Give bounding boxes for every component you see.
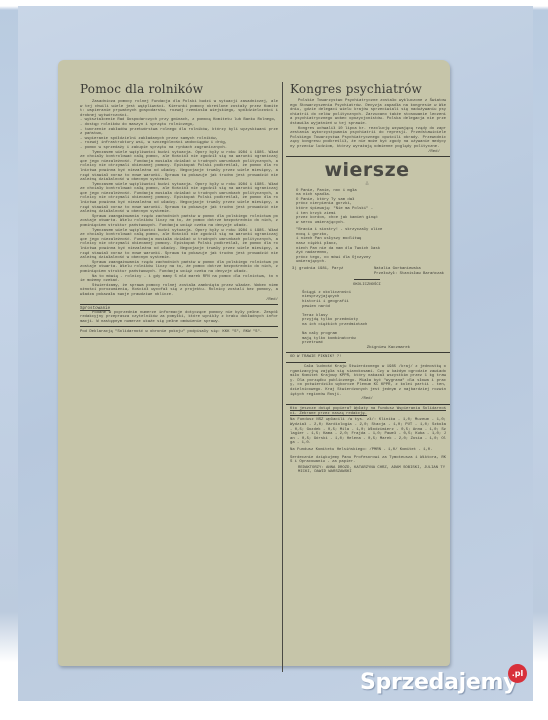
ornament-icon: ∴ xyxy=(284,181,450,187)
poem-credits: 3) grudnia 1981, Paryż Natalia Gorbaniew… xyxy=(292,267,444,276)
divider xyxy=(286,404,450,406)
article-body: Tymczasem wiele wątpliwości budzi sytuac… xyxy=(80,183,278,215)
editors-list: REDAKTORZY: ANNA DROZD, KATARZYNA CHRZ, … xyxy=(298,466,446,475)
box-heading: OD W TRAWIE PIKNIK? ?! xyxy=(290,355,450,360)
article-body: Kongres uchwalił 10 lipca br. rezolucję … xyxy=(290,127,446,150)
divider xyxy=(80,326,278,327)
poem-author: Zbigniew Kaczmarek xyxy=(284,346,410,350)
poem-title: OKOLICZNOŚCI xyxy=(284,283,450,288)
donations-list: Na Fundusz NSZ wpłacili /w tys. zł/: Kli… xyxy=(290,418,446,446)
divider xyxy=(286,156,450,157)
right-column: Kongres psychiatrów Polskie Towarzystwo … xyxy=(284,60,450,475)
article-title-farmers-aid: Pomoc dla rolników xyxy=(80,82,278,96)
donations-heading: Kto jeszcze dotąd popiera? Wpłaty na Fun… xyxy=(290,407,446,416)
article-signature: /Red/ xyxy=(284,150,440,154)
divider xyxy=(286,352,450,354)
article-signature: /Red/ xyxy=(80,298,278,302)
article-body: Cała ludność Kraju Stwierdzonego w 1985 … xyxy=(290,365,446,397)
article-body: Tymczasem wiele wątpliwości budzi sytuac… xyxy=(80,151,278,183)
thanks-note: Serdecznie dziękujemy Panu Profesorowi z… xyxy=(290,456,446,465)
poem-text: "Bracia i siostry! - skrzyczały ulice no… xyxy=(296,228,446,265)
article-body: Na to mówią - rolnicy - i gdy mamy 5 mld… xyxy=(80,275,278,284)
article-signature: /Red/ xyxy=(284,397,450,402)
donations-note: Na Fundusz Komitetu Helsińskiego: /PMRN … xyxy=(290,448,446,453)
divider xyxy=(80,337,278,338)
article-body: Polskie Towarzystwo Psychiatryczne zosta… xyxy=(290,99,446,127)
left-column: Pomoc dla rolników Zasadnicza pomocy rol… xyxy=(80,60,278,340)
watermark-badge: .pl xyxy=(508,664,527,683)
watermark-brand: Sprzedajemy xyxy=(360,670,517,695)
poem-text: Ściągi z okoliczności niesprzyjających h… xyxy=(302,291,446,346)
declaration-note: Pod Deklaracją "Solidarność w obronie po… xyxy=(80,330,278,335)
divider xyxy=(80,304,278,305)
correction-text: Podane w poprzednim numerze informacje d… xyxy=(80,311,278,325)
column-divider xyxy=(282,82,283,672)
poem-date: 3) grudnia 1981, Paryż xyxy=(292,267,343,276)
poems-section-title: wiersze xyxy=(284,159,450,181)
short-rule xyxy=(354,279,380,280)
article-body: Stwierdzamy, że sprawa pomocy rolnej zos… xyxy=(80,284,278,298)
article-title-psychiatrists: Kongres psychiatrów xyxy=(290,82,450,96)
bullet-item: - tworzenie zakładów przetwórstwa rolneg… xyxy=(80,128,278,137)
article-body: Sprawa zaangażowania rządu zachodnich pa… xyxy=(80,261,278,275)
article-body: Tymczasem wiele wątpliwości budzi sytuac… xyxy=(80,229,278,261)
divider xyxy=(286,362,346,363)
newsletter-page: Pomoc dla rolników Zasadnicza pomocy rol… xyxy=(58,60,450,666)
article-intro: Zasadnicza pomocy rolnej Fundacja dla Po… xyxy=(80,100,278,118)
article-body: Sprawa zaangażowania rządu zachodnich pa… xyxy=(80,215,278,229)
poem-translator: Przełożył: Stanisław Barańczak xyxy=(374,272,444,277)
poem-text: O Panie, Panie, noc i mgła na nich spadł… xyxy=(296,189,446,226)
